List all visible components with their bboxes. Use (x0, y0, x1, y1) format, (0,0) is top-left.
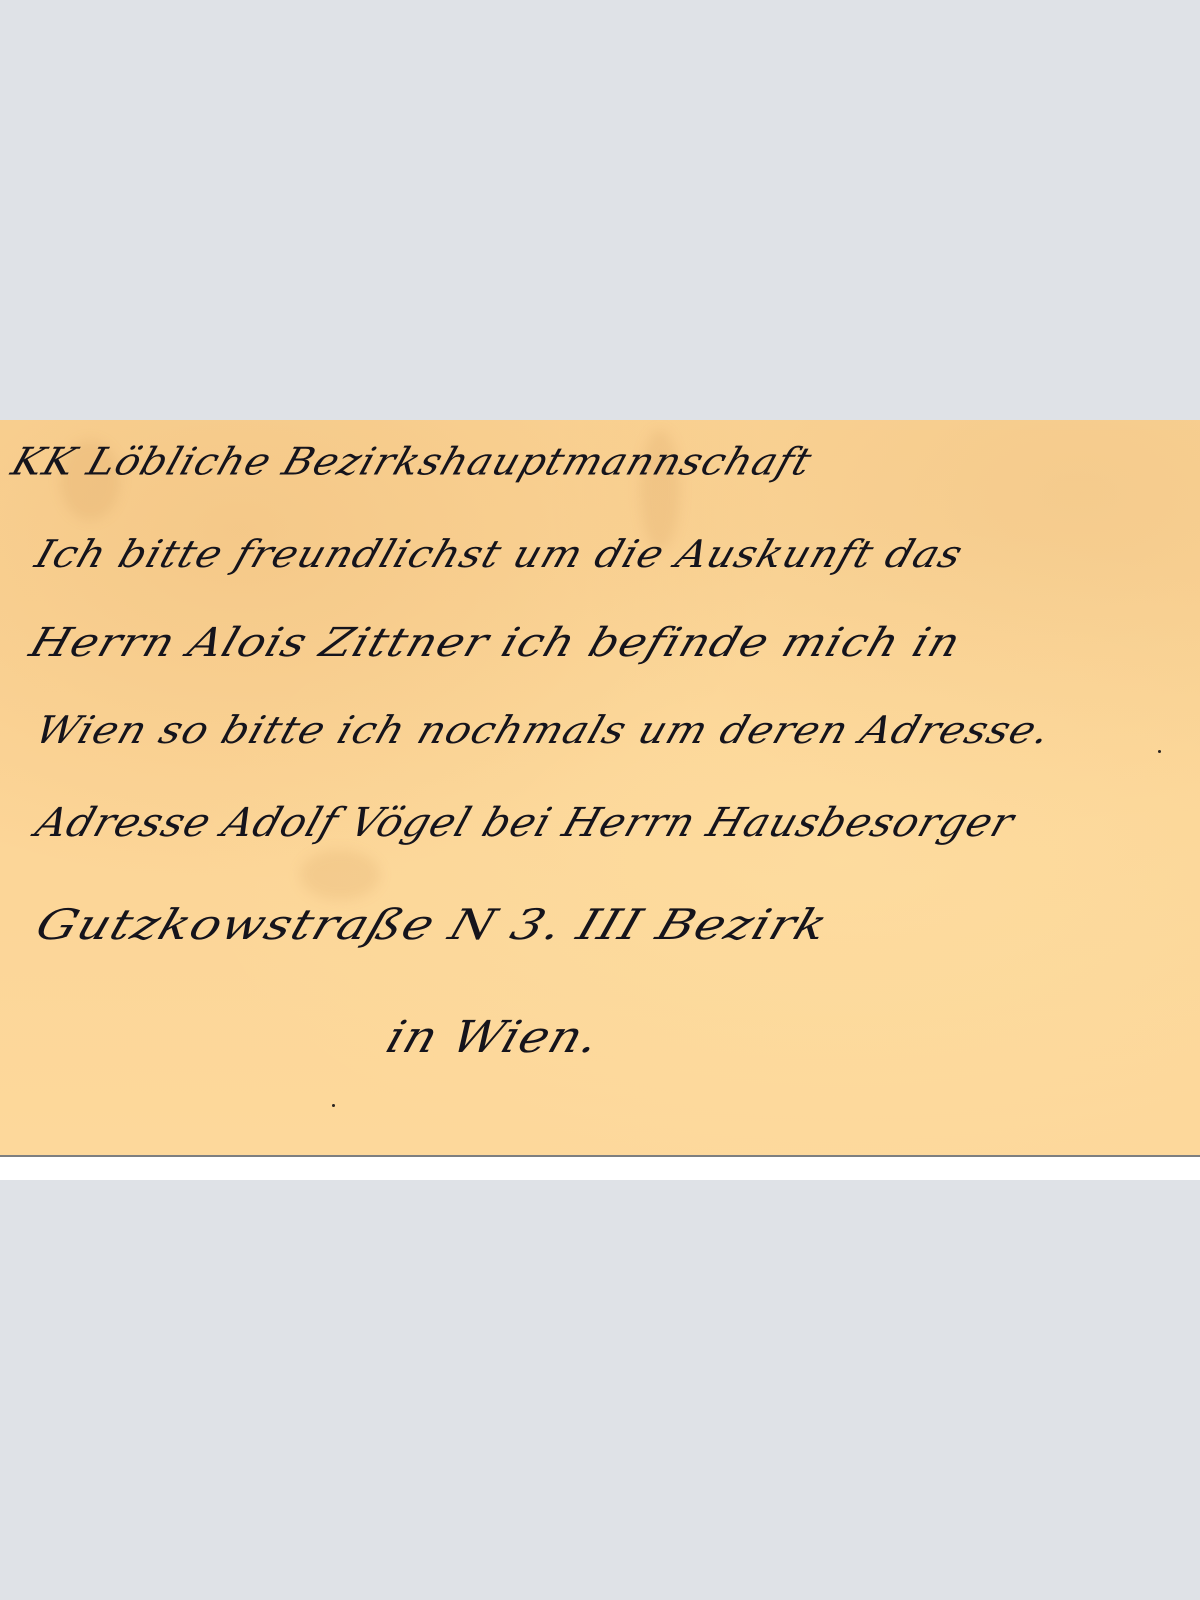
ink-speck (1158, 750, 1161, 753)
text-line: Wien so bitte ich nochmals um deren Adre… (30, 708, 1057, 752)
salutation-line: KK Löbliche Bezirkshauptmannschaft (6, 440, 818, 484)
postcard: KK Löbliche Bezirkshauptmannschaft Ich b… (0, 420, 1200, 1157)
city-line: in Wien. (380, 1012, 607, 1063)
scanned-document: KK Löbliche Bezirkshauptmannschaft Ich b… (0, 420, 1200, 1180)
paper-stain (300, 850, 380, 900)
text-line: Ich bitte freundlichst um die Auskunft d… (30, 532, 969, 576)
ink-speck (332, 1104, 335, 1107)
address-line: Adresse Adolf Vögel bei Herrn Hausbesorg… (30, 800, 1020, 846)
street-line: Gutzkowstraße N 3. III Bezirk (30, 900, 835, 949)
text-line: Herrn Alois Zittner ich befinde mich in (24, 620, 967, 666)
